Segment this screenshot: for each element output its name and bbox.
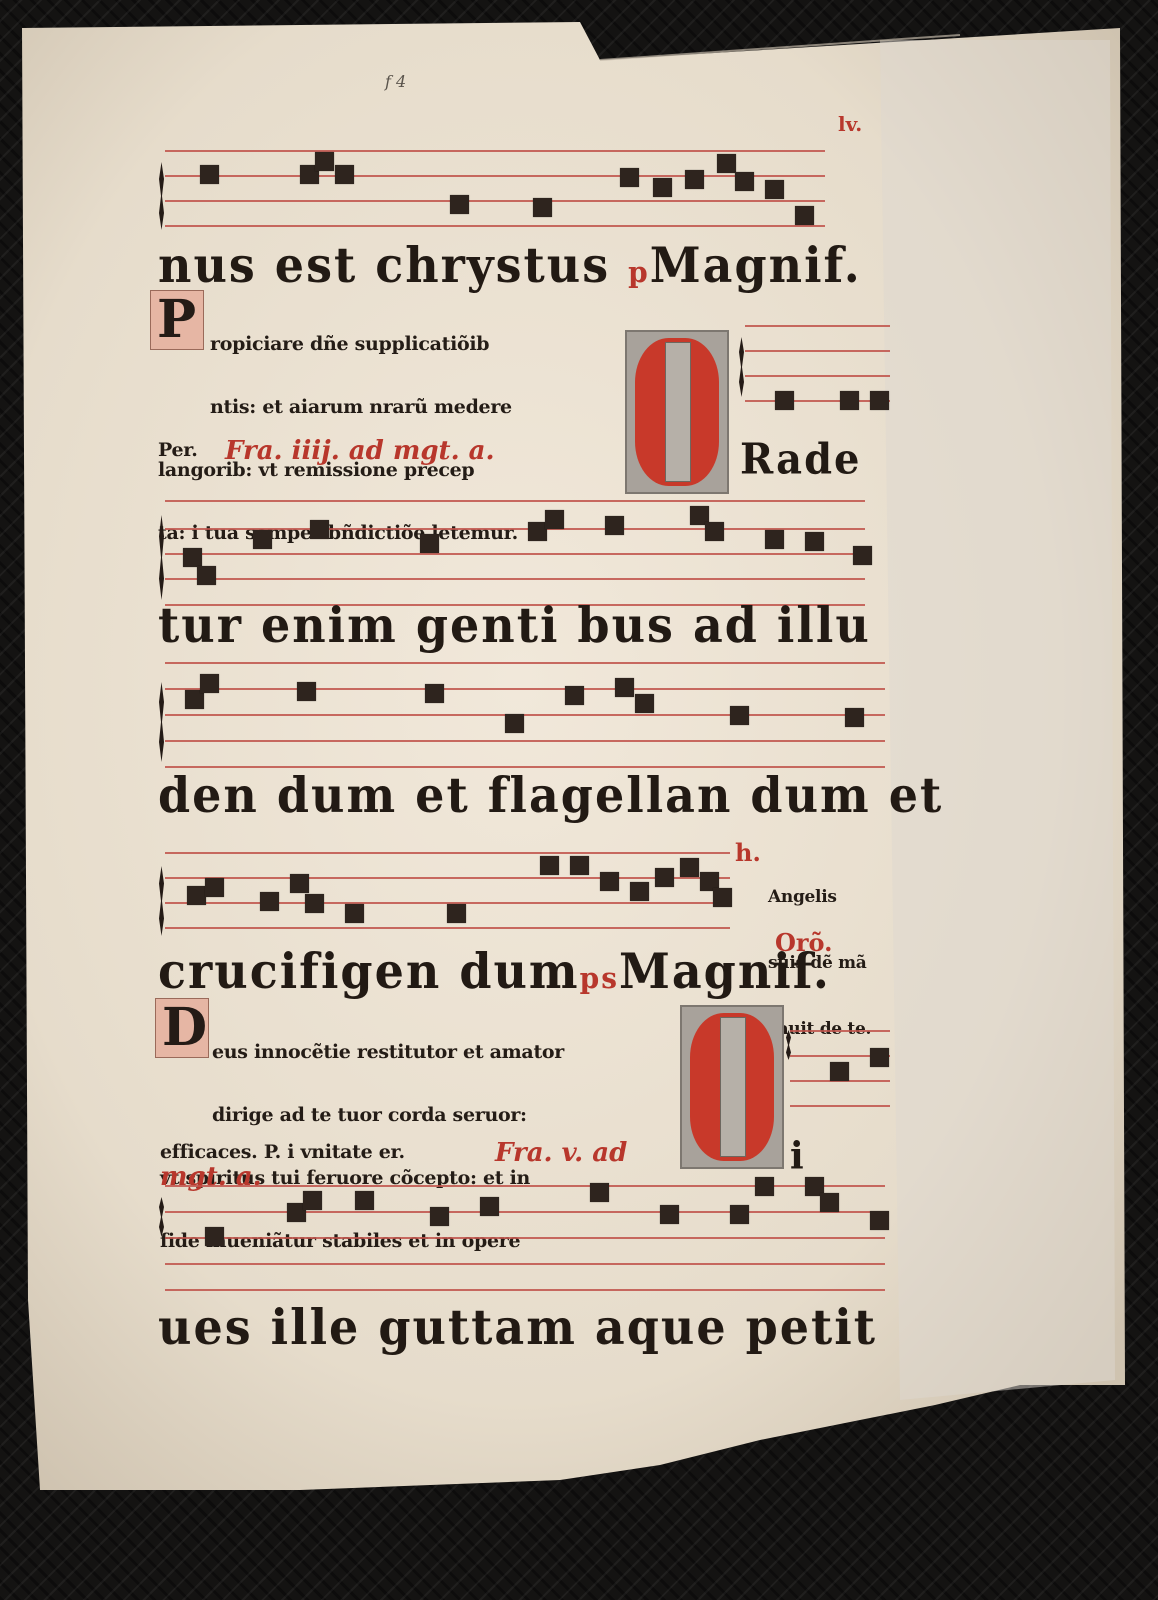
prayer-1-per: Per. — [158, 440, 198, 461]
c-clef-icon — [157, 866, 167, 936]
music-staff-1b — [745, 325, 890, 405]
prayer-2-last-line: efficaces. P. i vnitate er. — [160, 1142, 405, 1163]
c-clef-icon — [157, 162, 167, 230]
music-staff-1 — [165, 150, 825, 230]
illuminated-initial-t — [625, 330, 729, 494]
c-clef-icon — [737, 337, 747, 397]
music-staff-4b — [790, 1030, 890, 1110]
lyric-line-3: den dum et flagellan dum et — [158, 767, 943, 824]
initial-1-following-text: Rade — [740, 435, 862, 484]
music-staff-5 — [165, 1185, 885, 1295]
c-clef-icon — [157, 515, 167, 600]
lyric-line-4: crucifigen dumpsMagnif. — [158, 943, 831, 1000]
initial-2-following-text: i — [790, 1134, 806, 1178]
page-content: f 4 lv. nus est chrystus pMagnif. P ropi… — [0, 0, 1158, 1600]
illuminated-initial-d-large — [680, 1005, 784, 1169]
prayer-2-rubric-a: Fra. v. ad — [495, 1138, 627, 1168]
c-clef-icon — [157, 1197, 167, 1237]
music-staff-2 — [165, 500, 865, 610]
manuscript-leaf: f 4 lv. nus est chrystus pMagnif. P ropi… — [0, 0, 1158, 1600]
c-clef-icon — [157, 682, 167, 762]
page-number: lv. — [838, 112, 862, 136]
versicle-mark: h. — [735, 838, 761, 867]
illuminated-initial-d: D — [155, 998, 209, 1058]
pencil-folio-number: f 4 — [385, 72, 406, 91]
music-staff-3 — [165, 662, 885, 772]
music-staff-4 — [165, 852, 730, 942]
lyric-line-2: tur enim genti bus ad illu — [158, 597, 871, 654]
c-clef-icon — [784, 1030, 794, 1060]
prayer-1-rubric: Fra. iiij. ad mgt. a. — [225, 436, 495, 466]
lyric-line-5: ues ille guttam aque petit — [158, 1299, 877, 1356]
lyric-line-1: nus est chrystus pMagnif. — [158, 237, 862, 294]
illuminated-initial-p: P — [150, 290, 204, 350]
